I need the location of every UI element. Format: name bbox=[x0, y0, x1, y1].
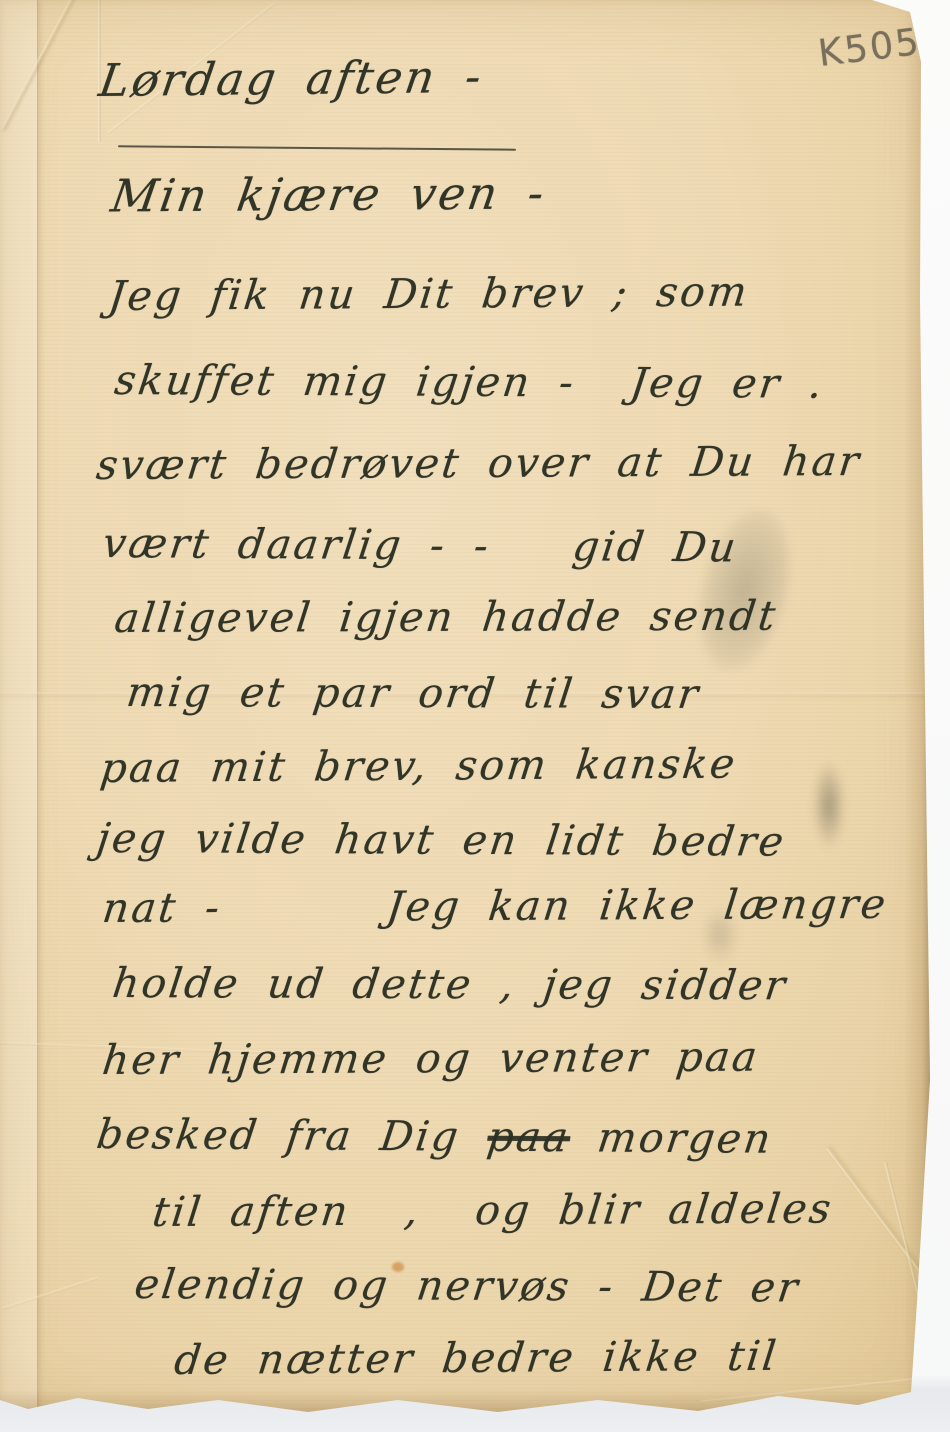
letter-line: skuffet mig igjen - Jeg er . bbox=[112, 356, 827, 408]
scanned-letter-page: K505 Lørdag aften - Min kjære ven - Jeg … bbox=[0, 0, 950, 1432]
fold-crease bbox=[2, 1277, 98, 1311]
letter-line: jeg vilde havt en lidt bedre bbox=[94, 814, 789, 866]
letter-line: svært bedrøvet over at Du har bbox=[94, 437, 864, 489]
letter-line: Jeg fik nu Dit brev ; som bbox=[106, 268, 752, 320]
letter-line: nat - Jeg kan ikke længre bbox=[100, 880, 891, 932]
fold-crease bbox=[884, 1162, 948, 1407]
letter-line: besked fra Dig paa morgen bbox=[94, 1110, 776, 1163]
fold-crease bbox=[1, 0, 114, 130]
letter-line: alligevel igjen hadde sendt bbox=[112, 592, 780, 642]
letter-line: holde ud dette , jeg sidder bbox=[110, 959, 790, 1009]
paper-right-edge-shadow bbox=[904, 0, 934, 1412]
letter-line: her hjemme og venter paa bbox=[100, 1033, 762, 1084]
letter-salutation: Min kjære ven - bbox=[108, 166, 550, 222]
left-fold-strip bbox=[0, 0, 38, 1412]
pencil-catalogue-mark: K505 bbox=[816, 20, 923, 75]
line-segment: besked fra Dig bbox=[94, 1110, 491, 1161]
letter-line: vært daarlig - - gid Du bbox=[100, 519, 741, 571]
letter-heading: Lørdag aften - bbox=[96, 50, 487, 107]
letter-line: elendig og nervøs - Det er bbox=[132, 1260, 803, 1311]
letter-line: de nætter bedre ikke til bbox=[172, 1332, 781, 1384]
fold-crease bbox=[826, 1147, 950, 1340]
paper-bottom-edge-shadow bbox=[0, 1390, 934, 1412]
letter-line: mig et par ord til svar bbox=[124, 668, 703, 718]
letter-line: til aften , og blir aldeles bbox=[150, 1184, 836, 1236]
line-segment: morgen bbox=[567, 1113, 776, 1162]
heading-underline bbox=[118, 145, 516, 150]
struck-word: paa bbox=[485, 1113, 574, 1162]
paper: K505 Lørdag aften - Min kjære ven - Jeg … bbox=[0, 0, 934, 1412]
letter-line: paa mit brev, som kanske bbox=[98, 740, 740, 792]
ink-smudge bbox=[812, 760, 846, 850]
